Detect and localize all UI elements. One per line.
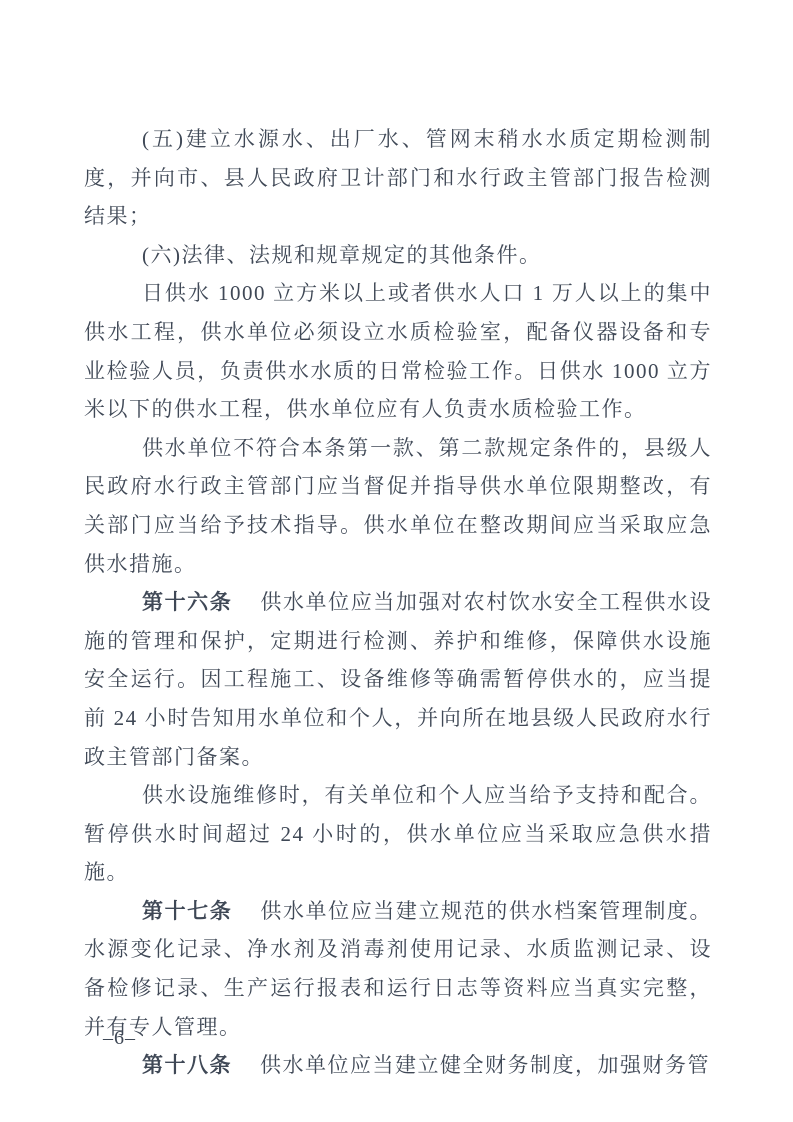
paragraph-item-5: (五)建立水源水、出厂水、管网末稍水水质定期检测制度，并向市、县人民政府卫计部门… [84, 120, 712, 236]
paragraph-maintenance: 供水设施维修时，有关单位和个人应当给予支持和配合。暂停供水时间超过 24 小时的… [84, 776, 712, 892]
paragraph-text: 供水单位不符合本条第一款、第二款规定条件的，县级人民政府水行政主管部门应当督促并… [84, 436, 712, 576]
paragraph-article-17: 第十七条供水单位应当建立规范的供水档案管理制度。水源变化记录、净水剂及消毒剂使用… [84, 892, 712, 1046]
paragraph-item-6: (六)法律、法规和规章规定的其他条件。 [84, 236, 712, 275]
paragraph-noncompliance: 供水单位不符合本条第一款、第二款规定条件的，县级人民政府水行政主管部门应当督促并… [84, 429, 712, 583]
paragraph-daily-supply: 日供水 1000 立方米以上或者供水人口 1 万人以上的集中供水工程，供水单位必… [84, 274, 712, 428]
page-number: –6– [103, 1027, 136, 1050]
paragraph-text: (五)建立水源水、出厂水、管网末稍水水质定期检测制度，并向市、县人民政府卫计部门… [84, 127, 712, 228]
document-page: (五)建立水源水、出厂水、管网末稍水水质定期检测制度，并向市、县人民政府卫计部门… [0, 0, 793, 1122]
paragraph-text: (六)法律、法规和规章规定的其他条件。 [142, 243, 542, 267]
paragraph-article-16: 第十六条供水单位应当加强对农村饮水安全工程供水设施的管理和保护，定期进行检测、养… [84, 583, 712, 776]
paragraph-article-18: 第十八条供水单位应当建立健全财务制度，加强财务管 [84, 1046, 712, 1085]
article-number: 第十七条 [142, 899, 232, 923]
paragraph-text: 供水单位应当加强对农村饮水安全工程供水设施的管理和保护，定期进行检测、养护和维修… [84, 590, 712, 768]
document-body: (五)建立水源水、出厂水、管网末稍水水质定期检测制度，并向市、县人民政府卫计部门… [84, 120, 712, 1085]
paragraph-text: 供水单位应当建立健全财务制度，加强财务管 [260, 1053, 710, 1077]
article-number: 第十八条 [142, 1053, 232, 1077]
article-number: 第十六条 [142, 590, 232, 614]
paragraph-text: 日供水 1000 立方米以上或者供水人口 1 万人以上的集中供水工程，供水单位必… [84, 281, 712, 421]
paragraph-text: 供水设施维修时，有关单位和个人应当给予支持和配合。暂停供水时间超过 24 小时的… [84, 783, 712, 884]
